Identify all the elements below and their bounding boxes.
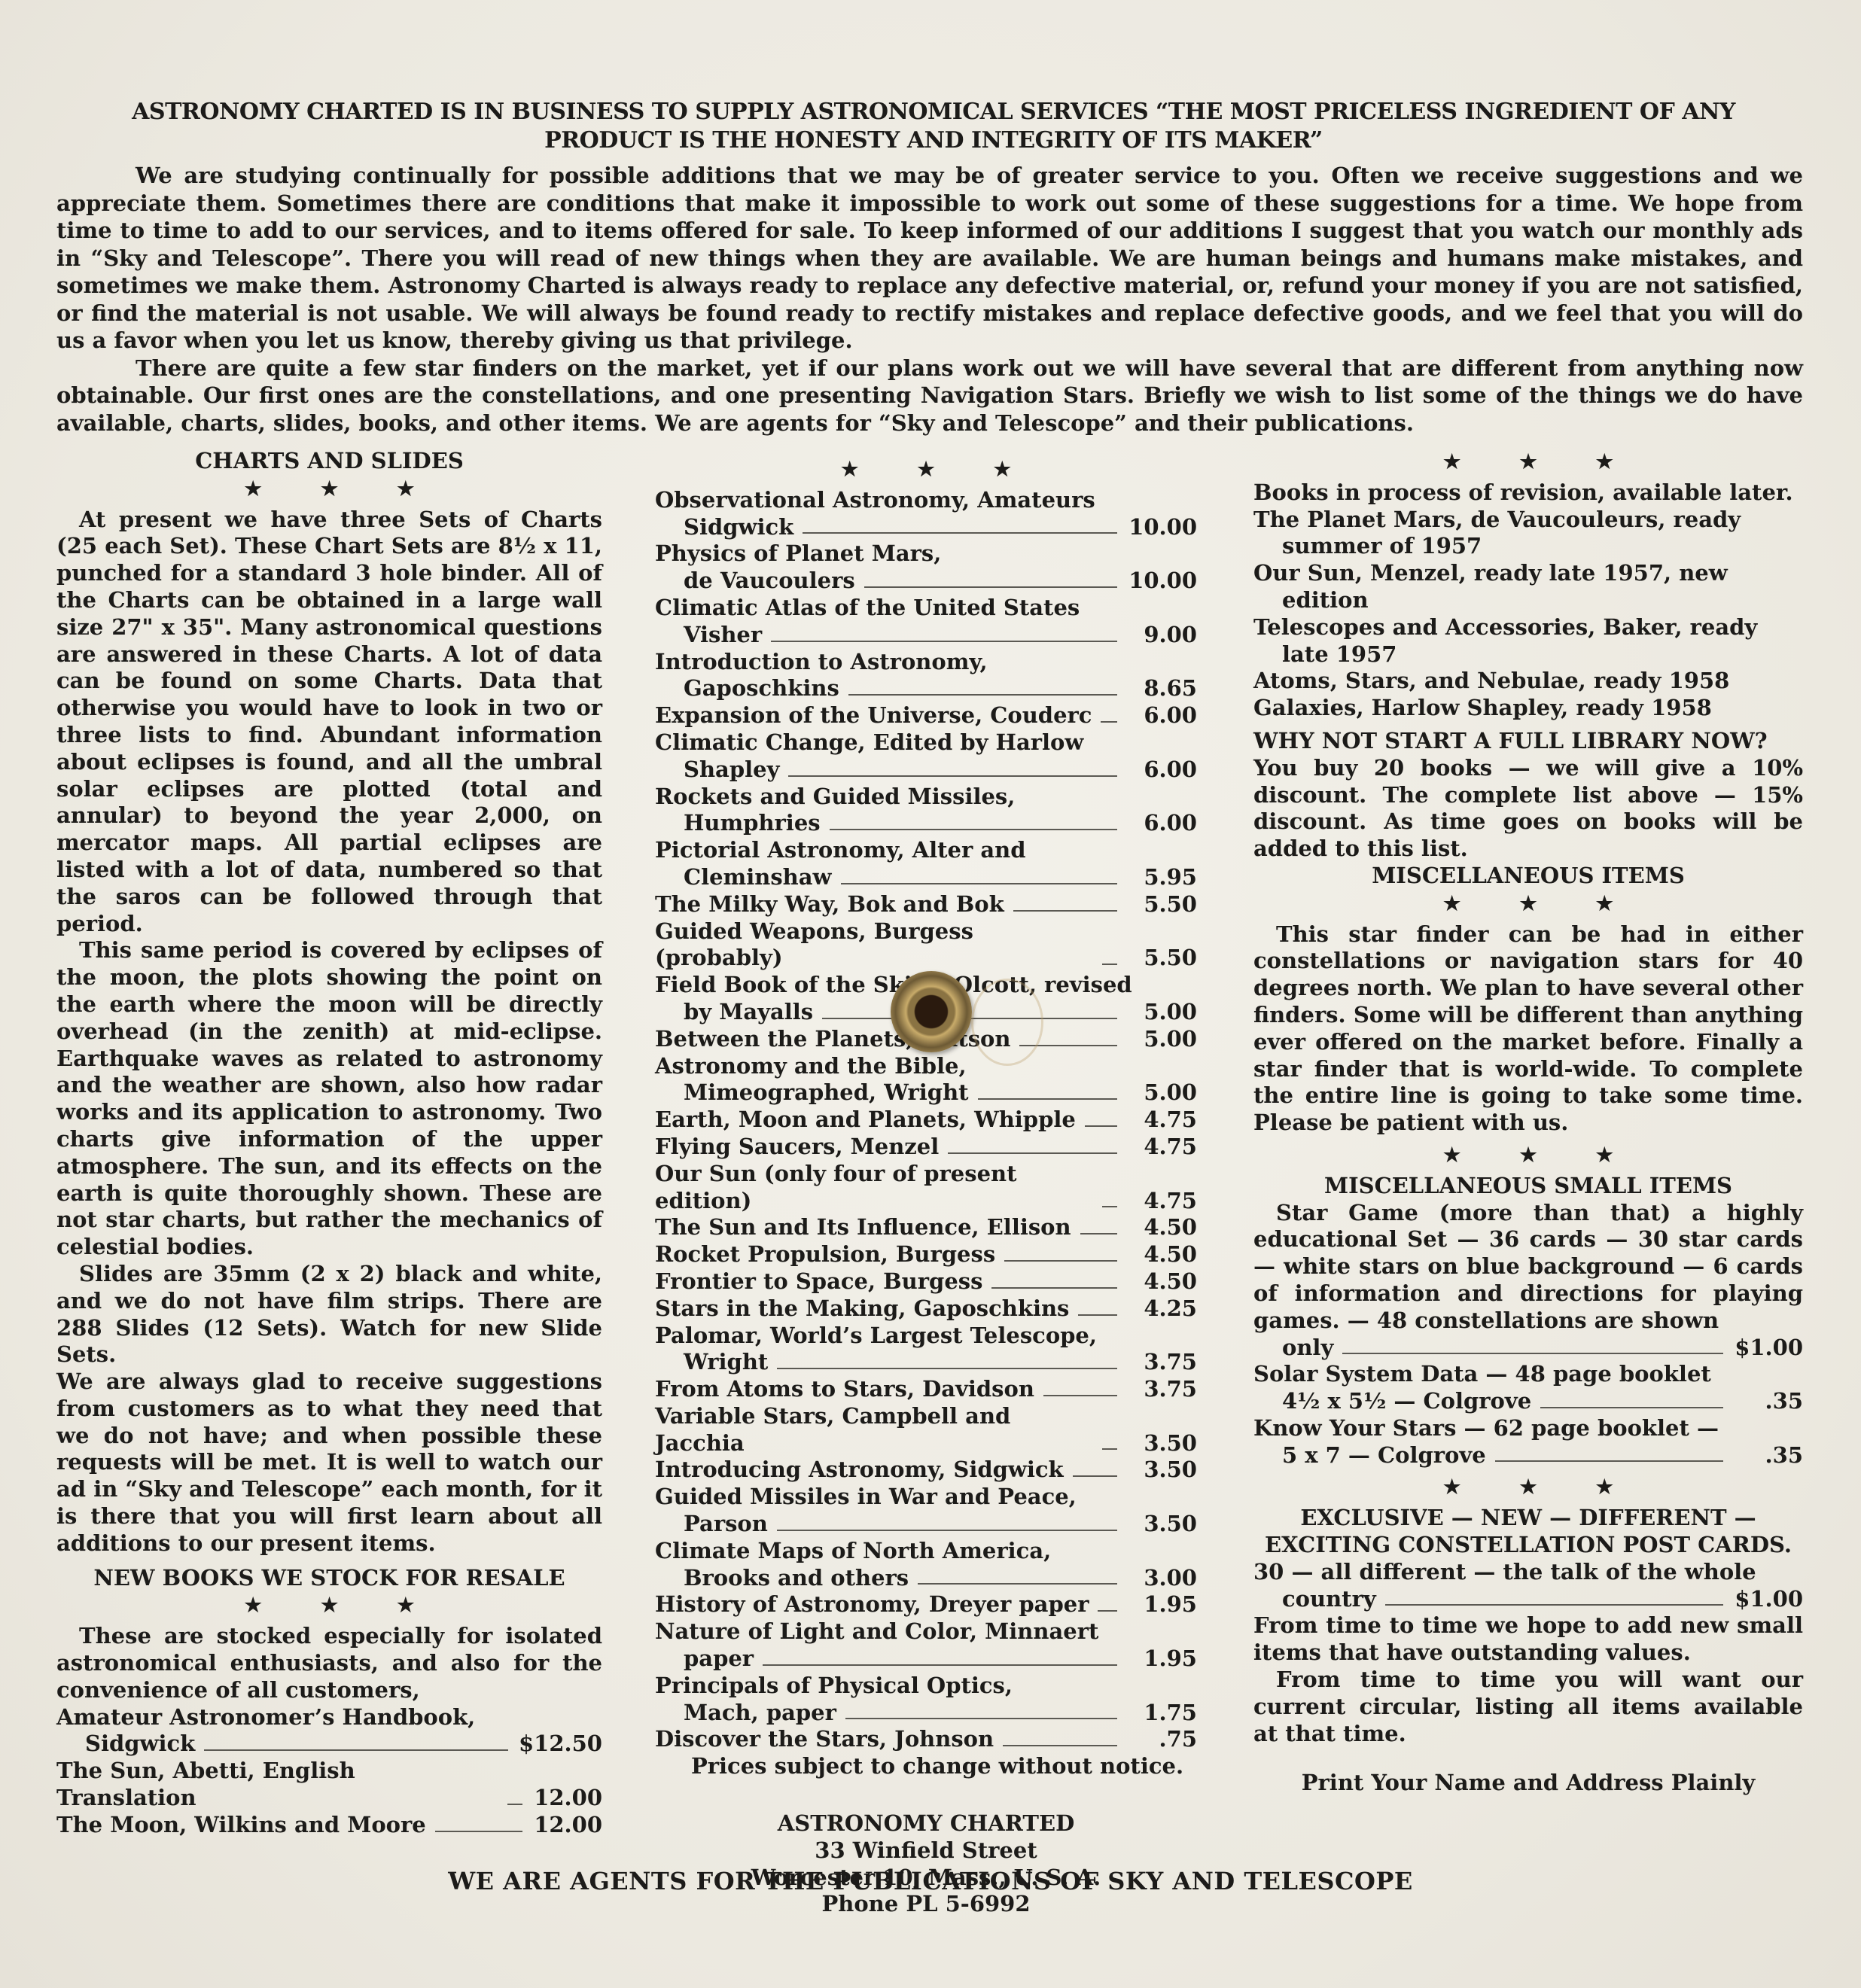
book-price-list: Observational Astronomy, AmateursSidgwic… xyxy=(655,487,1197,1753)
leader-line xyxy=(777,1368,1117,1369)
book-title: Variable Stars, Campbell and Jacchia xyxy=(655,1403,1093,1457)
circular-page: ASTRONOMY CHARTED IS IN BUSINESS TO SUPP… xyxy=(0,0,1861,1988)
book-price: 4.75 xyxy=(1128,1188,1197,1215)
print-note: Print Your Name and Address Plainly xyxy=(1253,1770,1803,1797)
postcard-entry: 30 — all different — the talk of the who… xyxy=(1253,1559,1803,1613)
leader-line xyxy=(771,641,1117,642)
book-title: Flying Saucers, Menzel xyxy=(655,1134,939,1161)
leader-line xyxy=(1540,1407,1723,1408)
book-entry: Guided Weapons, Burgess (probably)5.50 xyxy=(655,918,1197,973)
book-price: 5.00 xyxy=(1128,1026,1197,1053)
book-entry: Discover the Stars, Johnson.75 xyxy=(655,1726,1197,1753)
book-title: The Moon, Wilkins and Moore xyxy=(56,1812,426,1839)
book-author: Mimeographed, Wright xyxy=(684,1079,969,1107)
leader-line xyxy=(1102,1206,1117,1207)
book-entry: Climatic Atlas of the United StatesVishe… xyxy=(655,595,1197,649)
book-title: Nature of Light and Color, Minnaert xyxy=(655,1618,1197,1646)
price-notice: Prices subject to change without notice. xyxy=(655,1753,1197,1780)
book-title: Introduction to Astronomy, xyxy=(655,649,1197,676)
leader-line xyxy=(991,1287,1117,1289)
leader-line xyxy=(1102,964,1117,965)
book-title: Frontier to Space, Burgess xyxy=(655,1268,982,1295)
book-author: by Mayalls xyxy=(684,999,813,1026)
book-price: 4.50 xyxy=(1128,1241,1197,1268)
library-paragraph: You buy 20 books — we will give a 10% di… xyxy=(1253,755,1803,863)
section-title-new-books: NEW BOOKS WE STOCK FOR RESALE xyxy=(56,1565,602,1592)
library-title: WHY NOT START A FULL LIBRARY NOW? xyxy=(1253,728,1803,755)
book-price: 10.00 xyxy=(1128,568,1197,595)
book-entry: Pictorial Astronomy, Alter andCleminshaw… xyxy=(655,837,1197,891)
book-entry: Introducing Astronomy, Sidgwick3.50 xyxy=(655,1457,1197,1484)
book-price: 1.75 xyxy=(1128,1700,1197,1727)
book-title: Climatic Atlas of the United States xyxy=(655,595,1197,622)
book-title: Physics of Planet Mars, xyxy=(655,540,1197,568)
book-entry: Amateur Astronomer’s Handbook, Sidgwick$… xyxy=(56,1704,602,1758)
leader-line xyxy=(830,829,1117,830)
leader-line xyxy=(841,883,1117,884)
book-price: 4.50 xyxy=(1128,1268,1197,1295)
book-price: 6.00 xyxy=(1128,810,1197,837)
book-author: Gaposchkins xyxy=(684,675,839,702)
section-title-small-items: MISCELLANEOUS SMALL ITEMS xyxy=(1253,1173,1803,1200)
intro-section: We are studying continually for possible… xyxy=(56,162,1803,437)
section-title-charts: CHARTS AND SLIDES xyxy=(56,448,602,475)
company-address: ASTRONOMY CHARTED 33 Winfield Street Wor… xyxy=(655,1810,1197,1918)
postcard-title: EXCLUSIVE — NEW — DIFFERENT — EXCITING C… xyxy=(1253,1505,1803,1559)
book-entry: Climate Maps of North America,Brooks and… xyxy=(655,1538,1197,1592)
leader-line xyxy=(788,775,1117,777)
book-entry: Palomar, World’s Largest Telescope,Wrigh… xyxy=(655,1323,1197,1377)
revision-item: Our Sun, Menzel, ready late 1957, new ed… xyxy=(1253,560,1803,614)
leader-line xyxy=(1385,1604,1723,1606)
small-item-entry: Know Your Stars — 62 page booklet — 5 x … xyxy=(1253,1415,1803,1469)
small-item-description: Star Game (more than that) a highly educ… xyxy=(1253,1200,1803,1335)
star-divider-icon: ★★★ xyxy=(1253,1475,1803,1502)
book-price: 3.50 xyxy=(1128,1511,1197,1538)
leader-line xyxy=(1078,1314,1117,1316)
book-price: 5.50 xyxy=(1128,891,1197,918)
book-price: 3.50 xyxy=(1128,1430,1197,1457)
closing-paragraph: From time to time you will want our curr… xyxy=(1253,1667,1803,1747)
book-entry: Climatic Change, Edited by HarlowShapley… xyxy=(655,729,1197,784)
book-title: Palomar, World’s Largest Telescope, xyxy=(655,1323,1197,1350)
book-entry: Frontier to Space, Burgess4.50 xyxy=(655,1268,1197,1295)
book-price: 9.00 xyxy=(1128,622,1197,649)
book-entry: Earth, Moon and Planets, Whipple4.75 xyxy=(655,1107,1197,1134)
book-price: 5.00 xyxy=(1128,1079,1197,1107)
paper-stain xyxy=(971,979,1043,1066)
book-title: Pictorial Astronomy, Alter and xyxy=(655,837,1197,864)
intro-paragraph: There are quite a few star finders on th… xyxy=(56,355,1803,437)
book-price: 4.75 xyxy=(1128,1134,1197,1161)
book-price: 3.75 xyxy=(1128,1349,1197,1376)
leader-line xyxy=(1073,1475,1117,1477)
book-title: Principals of Physical Optics, xyxy=(655,1673,1197,1700)
revision-item: Telescopes and Accessories, Baker, ready… xyxy=(1253,614,1803,668)
book-author: Mach, paper xyxy=(684,1700,836,1727)
book-title: Amateur Astronomer’s Handbook, xyxy=(56,1704,602,1731)
leader-line xyxy=(845,1718,1117,1719)
leader-line xyxy=(848,694,1117,696)
star-divider-icon: ★★★ xyxy=(56,476,602,504)
intro-paragraph: We are studying continually for possible… xyxy=(56,162,1803,355)
postcard-price: $1.00 xyxy=(1734,1586,1803,1613)
right-column: ★★★ Books in process of revision, availa… xyxy=(1253,448,1803,1797)
suggestions-paragraph: We are always glad to receive suggestion… xyxy=(56,1368,602,1557)
revision-item: The Planet Mars, de Vaucouleurs, ready s… xyxy=(1253,507,1803,561)
closing-paragraph: From time to time we hope to add new sma… xyxy=(1253,1612,1803,1667)
leader-line xyxy=(1043,1395,1117,1396)
leader-line xyxy=(978,1098,1117,1100)
book-title: Astronomy and the Bible, xyxy=(655,1053,1197,1080)
leader-line xyxy=(204,1749,508,1751)
book-price: 1.95 xyxy=(1128,1591,1197,1618)
books-paragraph: These are stocked especially for isolate… xyxy=(56,1623,602,1703)
book-title: Climatic Change, Edited by Harlow xyxy=(655,729,1197,757)
book-author: Humphries xyxy=(684,810,821,837)
charts-paragraph: At present we have three Sets of Charts … xyxy=(56,507,602,938)
revision-intro: Books in process of revision, available … xyxy=(1253,479,1803,507)
section-title-misc: MISCELLANEOUS ITEMS xyxy=(1253,863,1803,890)
book-author: Sidgwick xyxy=(684,514,793,541)
leader-line xyxy=(1004,1260,1117,1262)
small-item-entry: Solar System Data — 48 page booklet 4½ x… xyxy=(1253,1361,1803,1415)
book-title: From Atoms to Stars, Davidson xyxy=(655,1376,1034,1403)
leader-line xyxy=(1495,1460,1723,1462)
book-title: Stars in the Making, Gaposchkins xyxy=(655,1295,1069,1323)
leader-line xyxy=(507,1804,522,1805)
book-entry: Principals of Physical Optics,Mach, pape… xyxy=(655,1673,1197,1727)
book-entry: From Atoms to Stars, Davidson3.75 xyxy=(655,1376,1197,1403)
charts-paragraph: Slides are 35mm (2 x 2) black and white,… xyxy=(56,1261,602,1368)
small-item-price: $1.00 xyxy=(1734,1335,1803,1362)
book-title: Earth, Moon and Planets, Whipple xyxy=(655,1107,1076,1134)
street-address: 33 Winfield Street xyxy=(655,1837,1197,1865)
book-author: Cleminshaw xyxy=(684,864,832,891)
book-price: 3.00 xyxy=(1128,1565,1197,1592)
small-item-tail: only xyxy=(1282,1335,1333,1362)
book-price: 3.50 xyxy=(1128,1457,1197,1484)
book-author: paper xyxy=(684,1646,754,1673)
book-entry: History of Astronomy, Dreyer paper1.95 xyxy=(655,1591,1197,1618)
book-entry: Rockets and Guided Missiles,Humphries6.0… xyxy=(655,784,1197,838)
star-divider-icon: ★★★ xyxy=(56,1593,602,1620)
book-entry: The Moon, Wilkins and Moore12.00 xyxy=(56,1812,602,1839)
book-author: Brooks and others xyxy=(684,1565,909,1592)
book-entry: Flying Saucers, Menzel4.75 xyxy=(655,1134,1197,1161)
footer-banner: WE ARE AGENTS FOR THE PUBLICATIONS OF SK… xyxy=(0,1867,1861,1895)
book-price: 12.00 xyxy=(533,1785,602,1812)
postcard-tail: country xyxy=(1282,1586,1376,1613)
headline: ASTRONOMY CHARTED IS IN BUSINESS TO SUPP… xyxy=(90,98,1777,155)
star-divider-icon: ★★★ xyxy=(1253,1143,1803,1170)
book-entry: Astronomy and the Bible,Mimeographed, Wr… xyxy=(655,1053,1197,1107)
book-entry: Introduction to Astronomy,Gaposchkins8.6… xyxy=(655,649,1197,703)
book-title: Rockets and Guided Missiles, xyxy=(655,784,1197,811)
book-entry: Guided Missiles in War and Peace,Parson3… xyxy=(655,1484,1197,1538)
binder-grommet-icon xyxy=(891,971,972,1052)
book-title: The Sun and Its Influence, Ellison xyxy=(655,1214,1071,1241)
misc-paragraph: This star finder can be had in either co… xyxy=(1253,921,1803,1137)
book-price: 1.95 xyxy=(1128,1646,1197,1673)
book-entry: Variable Stars, Campbell and Jacchia3.50 xyxy=(655,1403,1197,1457)
leader-line xyxy=(864,586,1117,588)
book-title: Observational Astronomy, Amateurs xyxy=(655,487,1197,514)
book-title: Our Sun (only four of present edition) xyxy=(655,1161,1093,1215)
book-entry: The Milky Way, Bok and Bok5.50 xyxy=(655,891,1197,918)
leader-line xyxy=(1085,1125,1117,1127)
book-entry: The Sun, Abetti, English Translation12.0… xyxy=(56,1758,602,1812)
book-price: 6.00 xyxy=(1128,702,1197,729)
leader-line xyxy=(1342,1353,1723,1354)
postcard-description: 30 — all different — the talk of the who… xyxy=(1253,1559,1803,1586)
leader-line xyxy=(777,1530,1117,1531)
star-divider-icon: ★★★ xyxy=(1253,449,1803,476)
star-divider-icon: ★★★ xyxy=(1253,891,1803,918)
book-price: .75 xyxy=(1128,1726,1197,1753)
leader-line xyxy=(1080,1233,1117,1235)
middle-column: ★★★ Observational Astronomy, AmateursSid… xyxy=(655,455,1197,1918)
book-entry: The Sun and Its Influence, Ellison4.50 xyxy=(655,1214,1197,1241)
book-price: 4.50 xyxy=(1128,1214,1197,1241)
revision-item: Atoms, Stars, and Nebulae, ready 1958 xyxy=(1253,668,1803,695)
book-author: Shapley xyxy=(684,757,779,784)
leader-line xyxy=(763,1664,1117,1666)
book-price: 10.00 xyxy=(1128,514,1197,541)
book-title: Guided Missiles in War and Peace, xyxy=(655,1484,1197,1511)
star-divider-icon: ★★★ xyxy=(655,457,1197,484)
book-title: The Milky Way, Bok and Bok xyxy=(655,891,1004,918)
book-entry: Expansion of the Universe, Couderc6.00 xyxy=(655,702,1197,729)
leader-line xyxy=(803,532,1117,534)
book-title: Expansion of the Universe, Couderc xyxy=(655,702,1092,729)
book-author: Parson xyxy=(684,1511,768,1538)
book-price: $12.50 xyxy=(519,1731,602,1758)
leader-line xyxy=(1013,910,1117,912)
leader-line xyxy=(1102,1448,1117,1450)
small-item-tail: 5 x 7 — Colgrove xyxy=(1282,1442,1486,1469)
charts-paragraph: This same period is covered by eclipses … xyxy=(56,937,602,1261)
book-price: 8.65 xyxy=(1128,675,1197,702)
book-price: 3.75 xyxy=(1128,1376,1197,1403)
book-price: 12.00 xyxy=(533,1812,602,1839)
book-title: History of Astronomy, Dreyer paper xyxy=(655,1591,1089,1618)
book-title: Rocket Propulsion, Burgess xyxy=(655,1241,995,1268)
leader-line xyxy=(1101,721,1117,723)
small-item-tail: 4½ x 5½ — Colgrove xyxy=(1282,1388,1531,1415)
book-title: Discover the Stars, Johnson xyxy=(655,1726,994,1753)
book-title: Guided Weapons, Burgess (probably) xyxy=(655,918,1093,973)
book-entry: Physics of Planet Mars,de Vaucoulers10.0… xyxy=(655,540,1197,595)
book-author: Visher xyxy=(684,622,762,649)
book-author: Sidgwick xyxy=(85,1731,195,1758)
book-title: The Sun, Abetti, English Translation xyxy=(56,1758,498,1812)
book-entry: Rocket Propulsion, Burgess4.50 xyxy=(655,1241,1197,1268)
book-entry: Observational Astronomy, AmateursSidgwic… xyxy=(655,487,1197,541)
leader-line xyxy=(1003,1745,1117,1746)
small-item-description: Solar System Data — 48 page booklet xyxy=(1253,1361,1803,1388)
small-item-price: .35 xyxy=(1734,1442,1803,1469)
left-column: CHARTS AND SLIDES ★★★ At present we have… xyxy=(56,448,602,1839)
leader-line xyxy=(948,1152,1117,1154)
book-entry: Stars in the Making, Gaposchkins4.25 xyxy=(655,1295,1197,1323)
book-title: Introducing Astronomy, Sidgwick xyxy=(655,1457,1064,1484)
book-entry: Our Sun (only four of present edition)4.… xyxy=(655,1161,1197,1215)
book-price: 5.50 xyxy=(1128,945,1197,972)
book-price: 6.00 xyxy=(1128,757,1197,784)
book-price: 4.75 xyxy=(1128,1107,1197,1134)
book-author: de Vaucoulers xyxy=(684,568,855,595)
small-item-entry: Star Game (more than that) a highly educ… xyxy=(1253,1200,1803,1362)
leader-line xyxy=(435,1831,522,1832)
small-item-description: Know Your Stars — 62 page booklet — xyxy=(1253,1415,1803,1442)
book-price: 4.25 xyxy=(1128,1295,1197,1323)
small-item-price: .35 xyxy=(1734,1388,1803,1415)
company-name: ASTRONOMY CHARTED xyxy=(655,1810,1197,1837)
revision-item: Galaxies, Harlow Shapley, ready 1958 xyxy=(1253,695,1803,722)
book-price: 5.00 xyxy=(1128,999,1197,1026)
leader-line xyxy=(918,1583,1117,1585)
book-price: 5.95 xyxy=(1128,864,1197,891)
book-author: Wright xyxy=(684,1349,768,1376)
leader-line xyxy=(1098,1610,1117,1612)
book-title: Climate Maps of North America, xyxy=(655,1538,1197,1565)
book-entry: Nature of Light and Color, Minnaertpaper… xyxy=(655,1618,1197,1673)
